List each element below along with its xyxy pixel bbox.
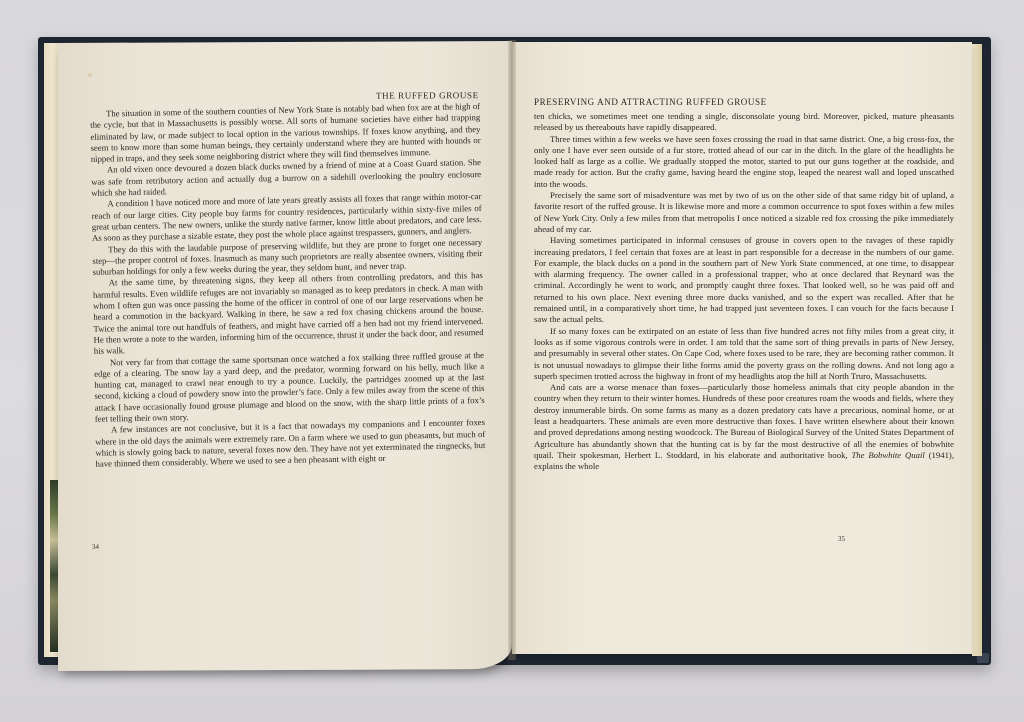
running-head: THE RUFFED GROUSE: [376, 90, 479, 100]
paragraph: Precisely the same sort of misadventure …: [534, 190, 954, 235]
book-gutter: [508, 40, 516, 660]
paragraph: Having sometimes participated in informa…: [534, 235, 954, 325]
paragraph: The situation in some of the southern co…: [90, 101, 481, 165]
right-page: PRESERVING AND ATTRACTING RUFFED GROUSE …: [512, 42, 972, 654]
page-number: 34: [92, 543, 99, 551]
book-title-citation: The Bobwhite Quail: [851, 450, 924, 460]
foxing-spot: [88, 73, 92, 77]
right-page-text: ten chicks, we sometimes meet one tendin…: [534, 111, 954, 473]
page-number: 35: [838, 535, 845, 543]
paragraph: A few instances are not conclusive, but …: [95, 417, 486, 470]
right-page-edges: [972, 44, 982, 656]
text-run: And cats are a worse menace than foxes—p…: [534, 382, 954, 460]
paragraph: A condition I have noticed more and more…: [91, 191, 482, 244]
paragraph: At the same time, by threatening signs, …: [93, 270, 484, 357]
paragraph: If so many foxes can be extirpated on an…: [534, 326, 954, 382]
paragraph: Three times within a few weeks we have s…: [534, 134, 954, 190]
paragraph-continuation: ten chicks, we sometimes meet one tendin…: [534, 111, 954, 134]
left-page: THE RUFFED GROUSE The situation in some …: [58, 41, 512, 671]
paragraph: Not very far from that cottage the same …: [94, 350, 485, 426]
paragraph: And cats are a worse menace than foxes—p…: [534, 382, 954, 472]
left-page-text: The situation in some of the southern co…: [90, 101, 486, 470]
running-head: PRESERVING AND ATTRACTING RUFFED GROUSE: [534, 97, 767, 107]
